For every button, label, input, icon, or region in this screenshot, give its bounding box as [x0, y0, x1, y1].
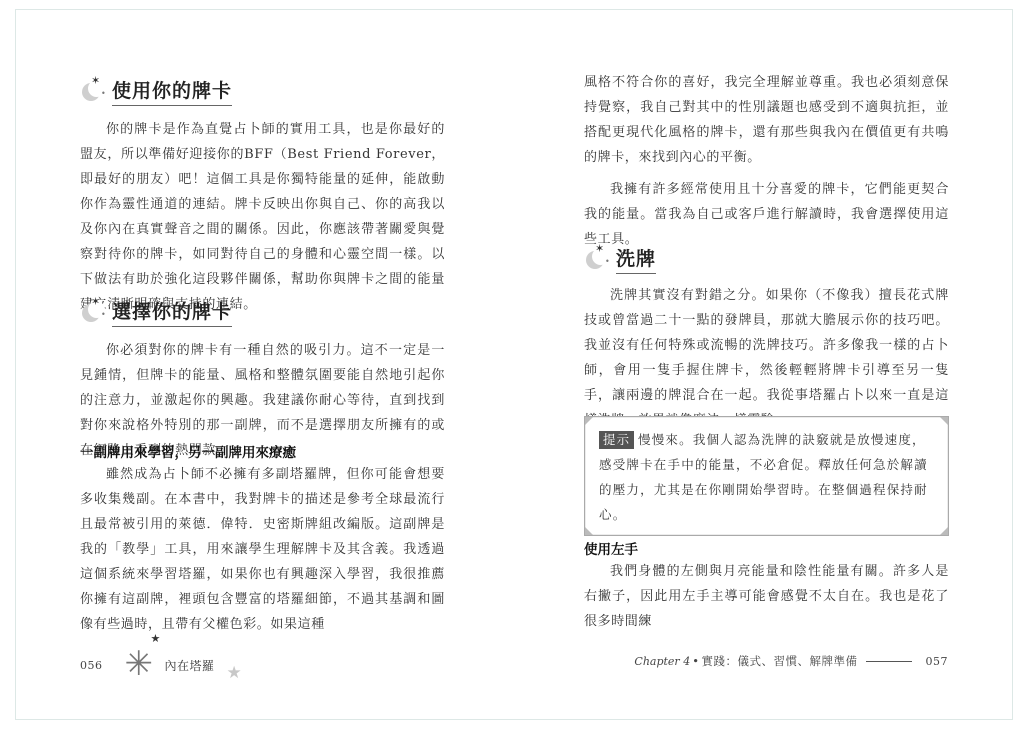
- chapter-label: Chapter 4: [634, 655, 690, 668]
- footer-rule: [866, 661, 912, 662]
- section-heading-shuffle: ✶• 洗牌: [584, 244, 656, 274]
- moon-star-icon: ✶•: [80, 300, 106, 324]
- left-footer: 056 ✳★ 內在塔羅 ★: [80, 650, 242, 680]
- tip-box: 提示慢慢來。我個人認為洗牌的訣竅就是放慢速度，感受牌卡在手中的能量，不必倉促。釋…: [584, 416, 949, 536]
- subsection-heading: 一副牌用來學習，另一副牌用來療癒: [80, 442, 296, 464]
- subsection-heading: 使用左手: [584, 539, 638, 561]
- heading-title: 洗牌: [616, 244, 656, 274]
- moon-star-icon: ✶•: [80, 79, 106, 103]
- paragraph: 風格不符合你的喜好，我完全理解並尊重。我也必須刻意保持覺察，我自己對其中的性別議…: [584, 70, 949, 170]
- paragraph: 雖然成為占卜師不必擁有多副塔羅牌，但你可能會想要多收集幾副。在本書中，我對牌卡的…: [80, 462, 445, 637]
- sparkle-star-icon: ✳★: [121, 650, 161, 680]
- section-heading-use-cards: ✶• 使用你的牌卡: [80, 76, 232, 106]
- chapter-separator: •: [692, 654, 699, 668]
- chapter-title: 實踐：儀式、習慣、解牌準備: [702, 653, 858, 669]
- paragraph: 你的牌卡是作為直覺占卜師的實用工具，也是你最好的盟友，所以準備好迎接你的BFF（…: [80, 117, 445, 317]
- star-icon: ★: [227, 663, 242, 683]
- right-footer: Chapter 4 • 實踐：儀式、習慣、解牌準備 057: [634, 653, 948, 669]
- tip-label: 提示: [599, 431, 634, 449]
- tip-text: 慢慢來。我個人認為洗牌的訣竅就是放慢速度，感受牌卡在手中的能量，不必倉促。釋放任…: [599, 432, 928, 522]
- tip-content: 提示慢慢來。我個人認為洗牌的訣竅就是放慢速度，感受牌卡在手中的能量，不必倉促。釋…: [599, 427, 934, 527]
- moon-star-icon: ✶•: [584, 247, 610, 271]
- heading-title: 使用你的牌卡: [112, 76, 232, 106]
- heading-title: 選擇你的牌卡: [112, 297, 232, 327]
- paragraph: 洗牌其實沒有對錯之分。如果你（不像我）擅長花式牌技或曾當過二十一點的發牌員，那就…: [584, 283, 949, 433]
- running-title: 內在塔羅: [165, 657, 215, 674]
- page-number: 056: [80, 659, 103, 672]
- page-number: 057: [926, 655, 949, 668]
- paragraph: 我擁有許多經常使用且十分喜愛的牌卡，它們能更契合我的能量。當我為自己或客戶進行解…: [584, 177, 949, 252]
- paragraph: 我們身體的左側與月亮能量和陰性能量有關。許多人是右撇子，因此用左手主導可能會感覺…: [584, 559, 949, 634]
- section-heading-choose-cards: ✶• 選擇你的牌卡: [80, 297, 232, 327]
